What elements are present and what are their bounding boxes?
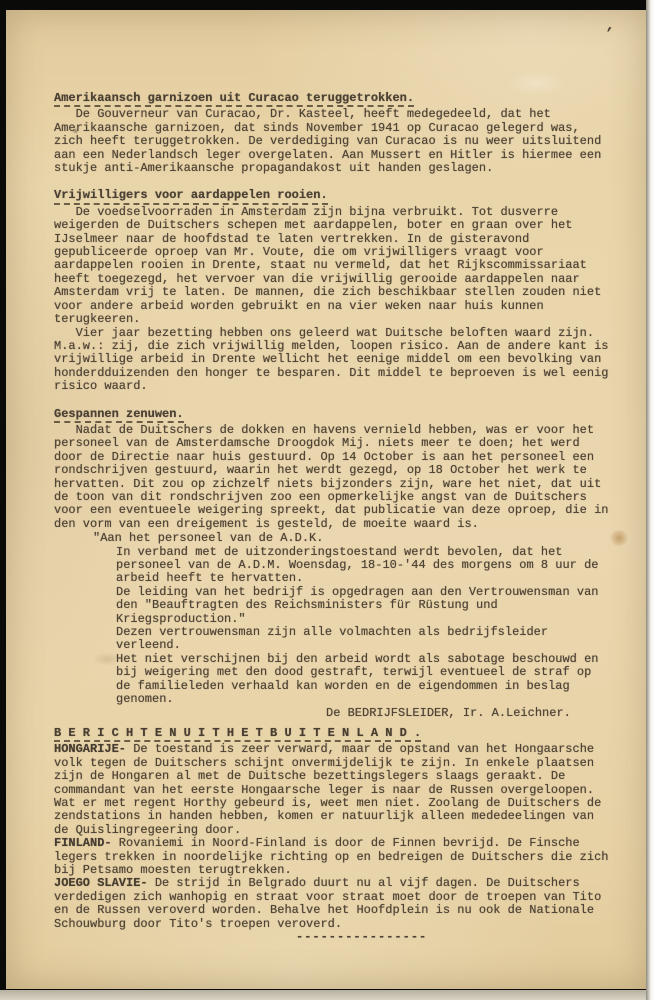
paragraph: Vier jaar bezetting hebben ons geleerd w… <box>54 327 611 394</box>
news-item: FINLAND- Rovaniemi in Noord-Finland is d… <box>54 837 611 877</box>
paragraph: De Gouverneur van Curacao, Dr. Kasteel, … <box>54 108 611 175</box>
country-label: FINLAND- <box>54 836 112 850</box>
news-text: De toestand is zeer verward, maar de ops… <box>54 742 601 836</box>
quote-line: Het niet verschijnen bij den arbeid word… <box>116 653 611 707</box>
quote-line: Dezen vertrouwensman zijn alle volmachte… <box>116 626 611 653</box>
paper-edge-highlight <box>646 0 654 1000</box>
foreign-news-section: B E R I C H T E N U I T H E T B U I T E … <box>54 727 611 945</box>
photo-bottom-edge <box>0 990 654 1000</box>
paragraph: De voedselvoorraden in Amsterdam zijn bi… <box>54 206 611 327</box>
country-label: HONGARIJE- <box>54 742 126 756</box>
quote-intro: "Aan het personeel van de A.D.K. <box>93 532 611 545</box>
section-heading: Amerikaansch garnizoen uit Curacao terug… <box>54 92 414 107</box>
quoted-notice: "Aan het personeel van de A.D.K. In verb… <box>116 532 611 706</box>
quote-line: De leiding van het bedrijf is opgedragen… <box>116 586 611 626</box>
paragraph: Nadat de Duitschers de dokken en havens … <box>54 424 611 531</box>
paper-sheet: ’ Amerikaansch garnizoen uit Curacao ter… <box>6 10 647 989</box>
article-section: Amerikaansch garnizoen uit Curacao terug… <box>54 92 611 175</box>
signature-line: De BEDRIJFSLEIDER, Ir. A.Leichner. <box>54 707 611 720</box>
divider-dashes: ---------------- <box>54 931 611 944</box>
document-photo: ’ Amerikaansch garnizoen uit Curacao ter… <box>0 0 654 1000</box>
section-heading: Vrijwilligers voor aardappelen rooien. <box>54 189 328 204</box>
news-item: JOEGO SLAVIE- De strijd in Belgrado duur… <box>54 877 611 931</box>
article-section: Gespannen zenuwen. Nadat de Duitschers d… <box>54 408 611 532</box>
country-label: JOEGO SLAVIE- <box>54 876 148 890</box>
paper-stain <box>610 530 628 546</box>
pen-mark: ’ <box>603 27 614 42</box>
section-heading: Gespannen zenuwen. <box>54 408 184 423</box>
article-section: Vrijwilligers voor aardappelen rooien. D… <box>54 189 611 393</box>
foreign-news-heading: B E R I C H T E N U I T H E T B U I T E … <box>54 727 421 742</box>
news-item: HONGARIJE- De toestand is zeer verward, … <box>54 743 611 837</box>
quote-line: In verband met de uitzonderingstoestand … <box>116 546 611 586</box>
news-text: Rovaniemi in Noord-Finland is door de Fi… <box>54 836 609 877</box>
